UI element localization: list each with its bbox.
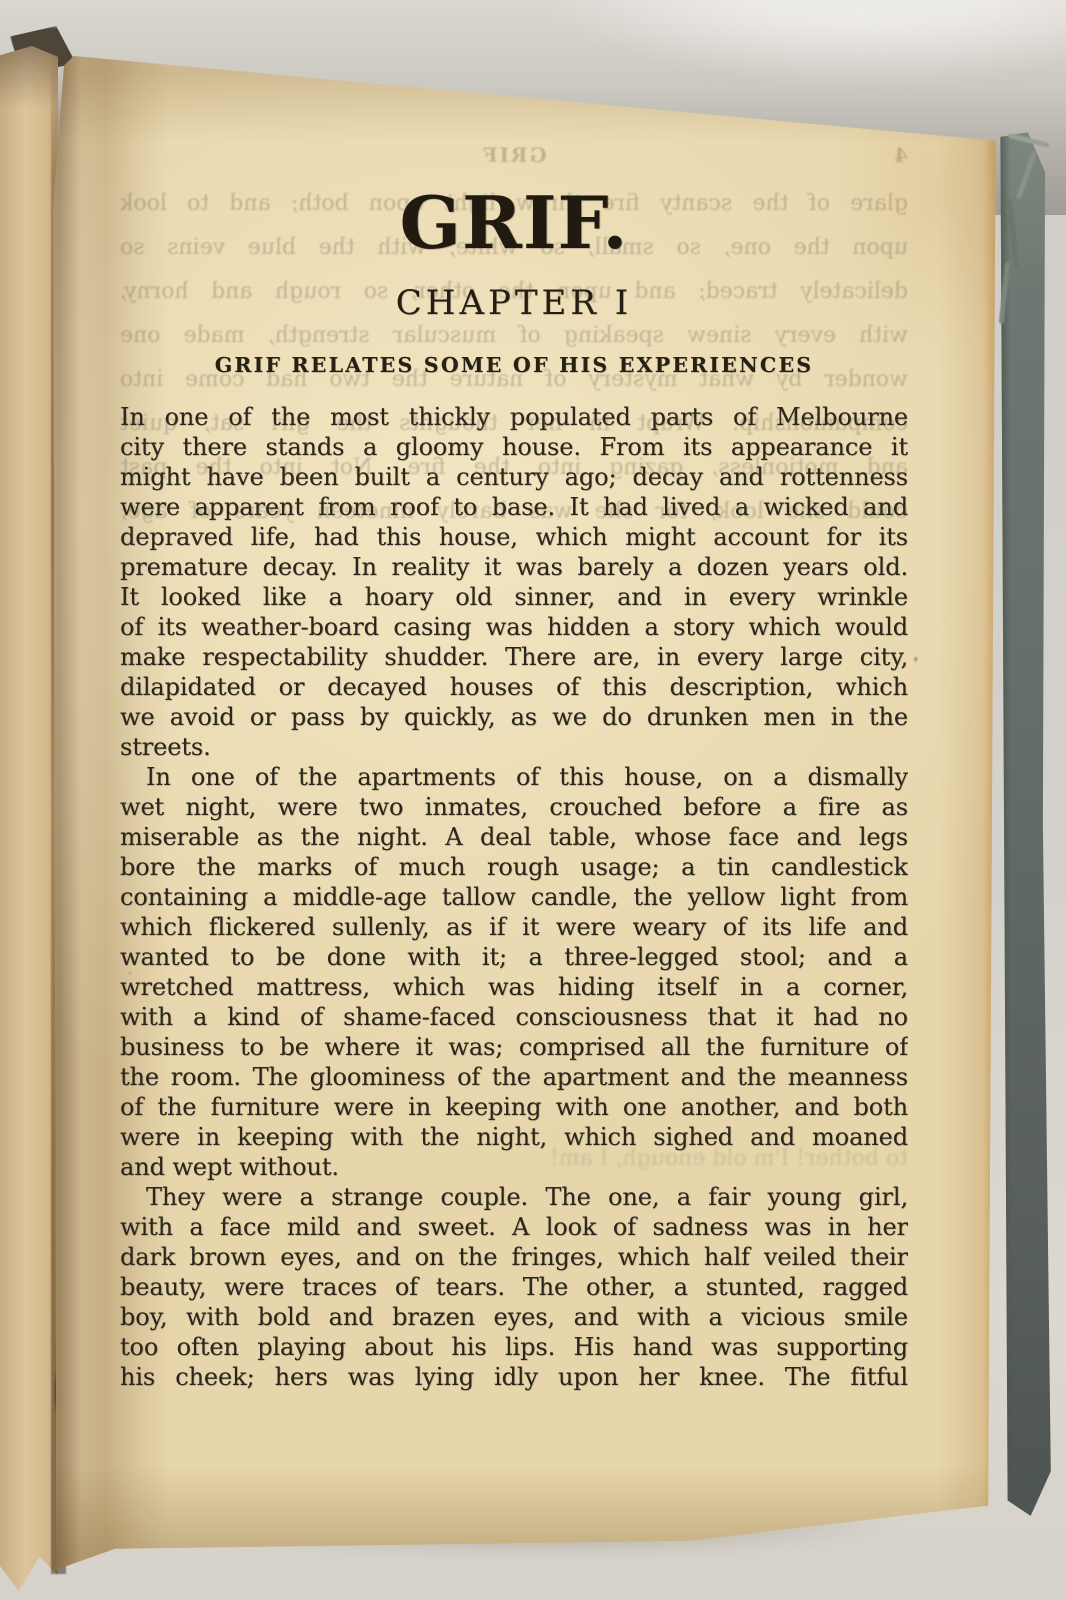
text-line: with a face mild and sweet. A look of sa… bbox=[120, 1212, 908, 1242]
text-line: too often playing about his lips. His ha… bbox=[120, 1332, 908, 1362]
text-line: bore the marks of much rough usage; a ti… bbox=[120, 852, 908, 882]
book-photo: 4 GRIF glare of the scanty fire threw li… bbox=[0, 0, 1066, 1600]
text-line: and wept without. bbox=[120, 1152, 908, 1182]
text-line: containing a middle-age tallow candle, t… bbox=[120, 882, 908, 912]
section-heading: GRIF RELATES SOME OF HIS EXPERIENCES bbox=[120, 352, 908, 378]
text-line: boy, with bold and brazen eyes, and with… bbox=[120, 1302, 908, 1332]
text-line: depraved life, had this house, which mig… bbox=[120, 522, 908, 552]
text-line: his cheek; hers was lying idly upon her … bbox=[120, 1362, 908, 1392]
text-line: miserable as the night. A deal table, wh… bbox=[120, 822, 908, 852]
text-line: wanted to be done with it; a three-legge… bbox=[120, 942, 908, 972]
cover-cloth-edge bbox=[986, 130, 1058, 1520]
text-line: the room. The gloominess of the apartmen… bbox=[120, 1062, 908, 1092]
paragraph: In one of the most thickly populated par… bbox=[120, 402, 908, 762]
text-line: were apparent from roof to base. It had … bbox=[120, 492, 908, 522]
page-title: GRIF. bbox=[120, 188, 908, 258]
text-line: beauty, were traces of tears. The other,… bbox=[120, 1272, 908, 1302]
text-line: might have been built a century ago; dec… bbox=[120, 462, 908, 492]
text-line: They were a strange couple. The one, a f… bbox=[120, 1182, 908, 1212]
text-line: of the furniture were in keeping with on… bbox=[120, 1092, 908, 1122]
text-line: dark brown eyes, and on the fringes, whi… bbox=[120, 1242, 908, 1272]
text-line: business to be where it was; comprised a… bbox=[120, 1032, 908, 1062]
body-text: In one of the most thickly populated par… bbox=[120, 402, 908, 1392]
text-line: of its weather-board casing was hidden a… bbox=[120, 612, 908, 642]
text-line: make respectability shudder. There are, … bbox=[120, 642, 908, 672]
paragraph: They were a strange couple. The one, a f… bbox=[120, 1182, 908, 1392]
chapter-heading: CHAPTER I bbox=[120, 284, 908, 322]
text-line: wretched mattress, which was hiding itse… bbox=[120, 972, 908, 1002]
text-line: were in keeping with the night, which si… bbox=[120, 1122, 908, 1152]
text-line: city there stands a gloomy house. From i… bbox=[120, 432, 908, 462]
text-line: dilapidated or decayed houses of this de… bbox=[120, 672, 908, 702]
text-line: streets. bbox=[120, 732, 908, 762]
text-line: we avoid or pass by quickly, as we do dr… bbox=[120, 702, 908, 732]
text-line: which flickered sullenly, as if it were … bbox=[120, 912, 908, 942]
text-line: wet night, were two inmates, crouched be… bbox=[120, 792, 908, 822]
text-line: with a kind of shame-faced consciousness… bbox=[120, 1002, 908, 1032]
text-line: It looked like a hoary old sinner, and i… bbox=[120, 582, 908, 612]
text-line: In one of the apartments of this house, … bbox=[120, 762, 908, 792]
facing-page-edge bbox=[0, 46, 58, 1594]
page-text-column: GRIF. CHAPTER I GRIF RELATES SOME OF HIS… bbox=[120, 0, 908, 1392]
text-line: In one of the most thickly populated par… bbox=[120, 402, 908, 432]
text-line: premature decay. In reality it was barel… bbox=[120, 552, 908, 582]
paragraph: In one of the apartments of this house, … bbox=[120, 762, 908, 1182]
